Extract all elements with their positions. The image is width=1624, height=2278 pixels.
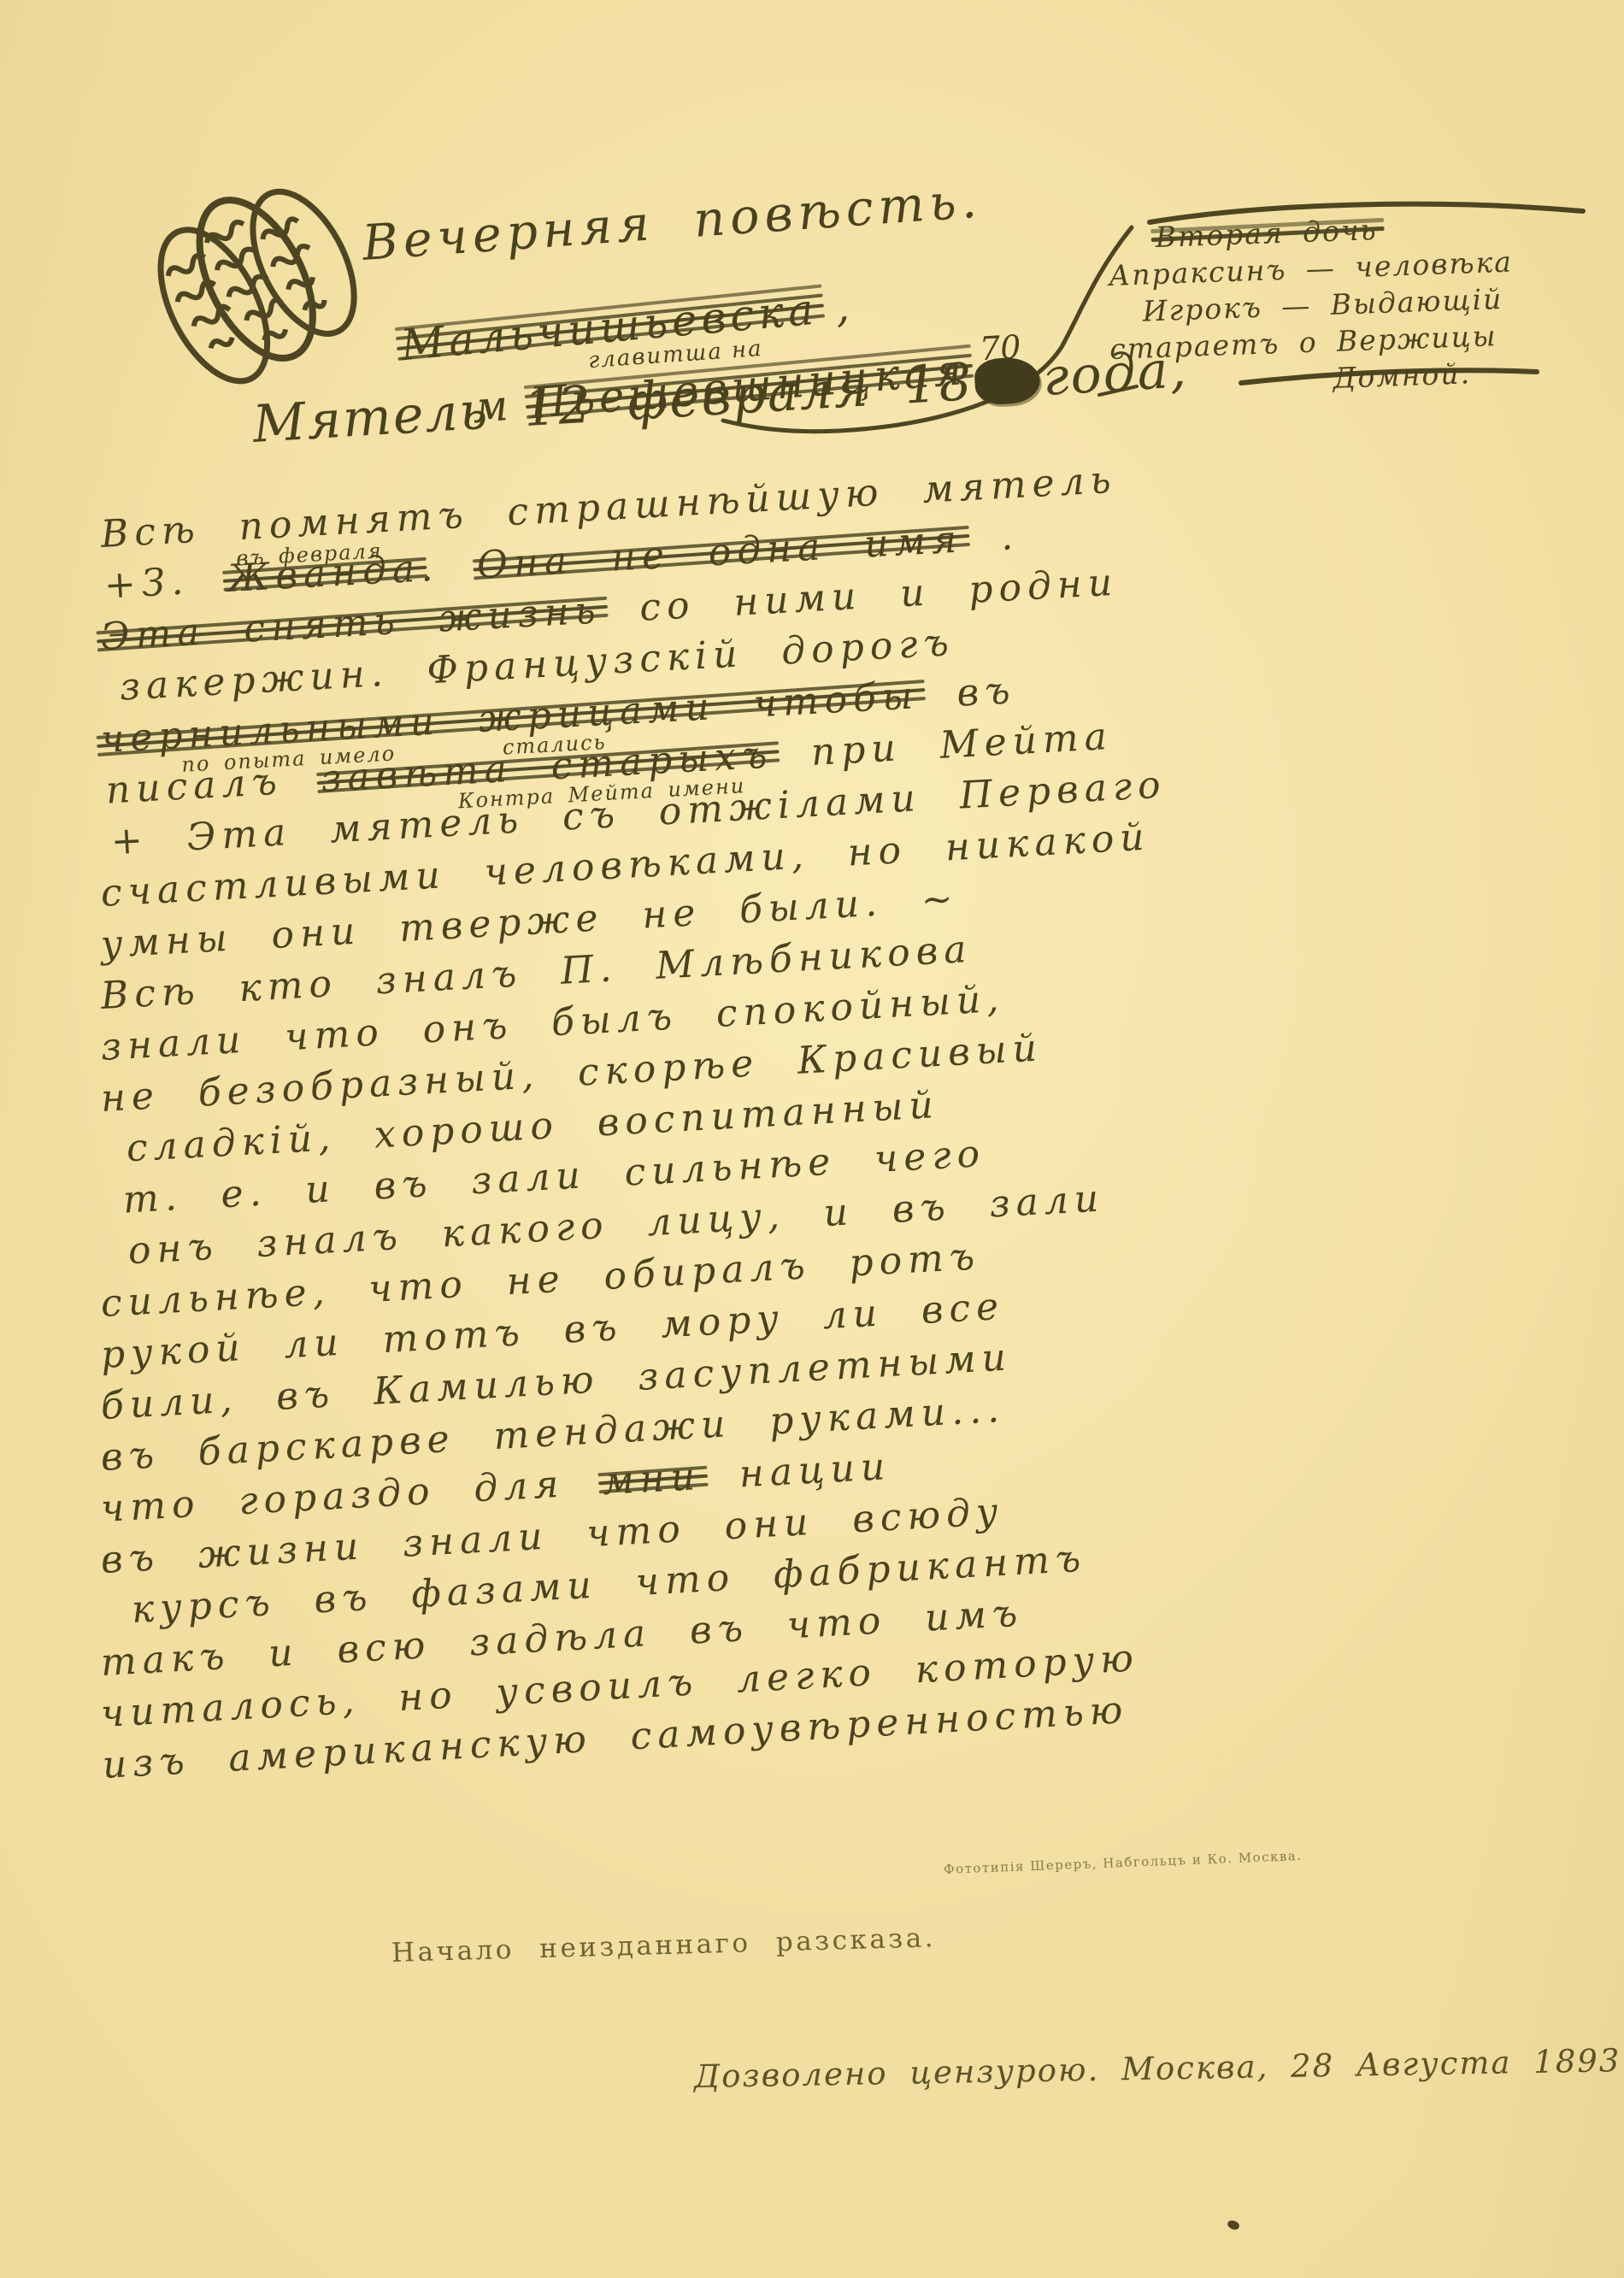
printed-caption: Начало неизданнаго разсказа. [391, 1922, 937, 1969]
manuscript-page: { "paper": { "background_color": "#f1dd9… [0, 0, 1624, 2278]
photographer-imprint: Фототипія Шереръ, Набгольцъ и Ко. Москва… [944, 1848, 1303, 1877]
manuscript-title: Вечерняя повѣсть. [361, 172, 984, 271]
struck-text: мни [602, 1455, 702, 1504]
censor-line: Дозволено цензурою. Москва, 28 Августа 1… [694, 2041, 1624, 2095]
struck-text: Вторая дочь [1155, 213, 1378, 254]
ink-blot: 70 [974, 356, 1041, 405]
interlinear-insert: въ февраля [235, 527, 384, 582]
ink-speck [1226, 2218, 1240, 2231]
manuscript-body: Всѣ помнятъ страшнѣйшую мятель+З. Жванда… [101, 511, 1434, 1793]
year-correction: 70 [979, 328, 1022, 368]
dateline-suffix: года, [1041, 339, 1189, 408]
ink-stamp [112, 147, 404, 419]
margin-note-line: Домной. [1333, 353, 1517, 396]
